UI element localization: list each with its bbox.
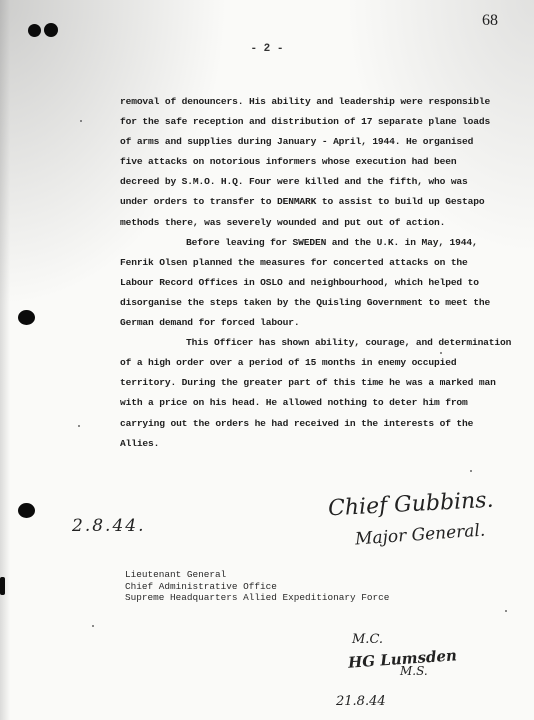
paper-speck (78, 425, 80, 427)
paper-speck (92, 625, 94, 627)
body-line: decreed by S.M.O. H.Q. Four were killed … (120, 172, 520, 192)
annotation-ms: M.S. (400, 664, 428, 678)
body-line: of arms and supplies during January - Ap… (120, 132, 520, 152)
punch-hole-lower (18, 503, 35, 518)
paper-speck (470, 470, 472, 472)
edge-mark (0, 577, 5, 595)
body-line: removal of denouncers. His ability and l… (120, 92, 520, 112)
addressee-line: Supreme Headquarters Allied Expeditionar… (125, 592, 389, 604)
punch-hole-top-right (44, 23, 58, 37)
paper-speck (80, 120, 82, 122)
addressee-block: Lieutenant General Chief Administrative … (125, 569, 389, 604)
signature-rank: Major General. (354, 520, 485, 549)
addressee-line: Lieutenant General (125, 569, 389, 581)
paper-speck (440, 352, 442, 354)
signature-name: Chief Gubbins. (327, 488, 494, 522)
annotation-date: 21.8.44 (336, 694, 386, 709)
punch-hole-middle (18, 310, 35, 325)
addressee-line: Chief Administrative Office (125, 581, 389, 593)
body-line: carrying out the orders he had received … (120, 414, 520, 434)
body-line: methods there, was severely wounded and … (120, 213, 520, 233)
page-marker: - 2 - (0, 43, 534, 55)
body-line: with a price on his head. He allowed not… (120, 393, 520, 413)
body-line: under orders to transfer to DENMARK to a… (120, 192, 520, 212)
body-line: territory. During the greater part of th… (120, 373, 520, 393)
body-line: German demand for forced labour. (120, 313, 520, 333)
document-page: 68 - 2 - removal of denouncers. His abil… (0, 0, 534, 720)
body-line: Before leaving for SWEDEN and the U.K. i… (120, 233, 520, 253)
body-line: disorganise the steps taken by the Quisl… (120, 293, 520, 313)
letter-body: removal of denouncers. His ability and l… (120, 92, 520, 454)
body-line: Fenrik Olsen planned the measures for co… (120, 253, 520, 273)
body-line: for the safe reception and distribution … (120, 112, 520, 132)
body-line: Allies. (120, 434, 520, 454)
body-line: This Officer has shown ability, courage,… (120, 333, 520, 353)
body-line: of a high order over a period of 15 mont… (120, 353, 520, 373)
body-line: Labour Record Offices in OSLO and neighb… (120, 273, 520, 293)
handwritten-date: 2.8.44. (72, 516, 145, 536)
body-line: five attacks on notorious informers whos… (120, 152, 520, 172)
paper-speck (505, 610, 507, 612)
page-number: 68 (482, 12, 498, 30)
annotation-award: M.C. (352, 632, 383, 647)
punch-hole-top-left (28, 24, 41, 37)
